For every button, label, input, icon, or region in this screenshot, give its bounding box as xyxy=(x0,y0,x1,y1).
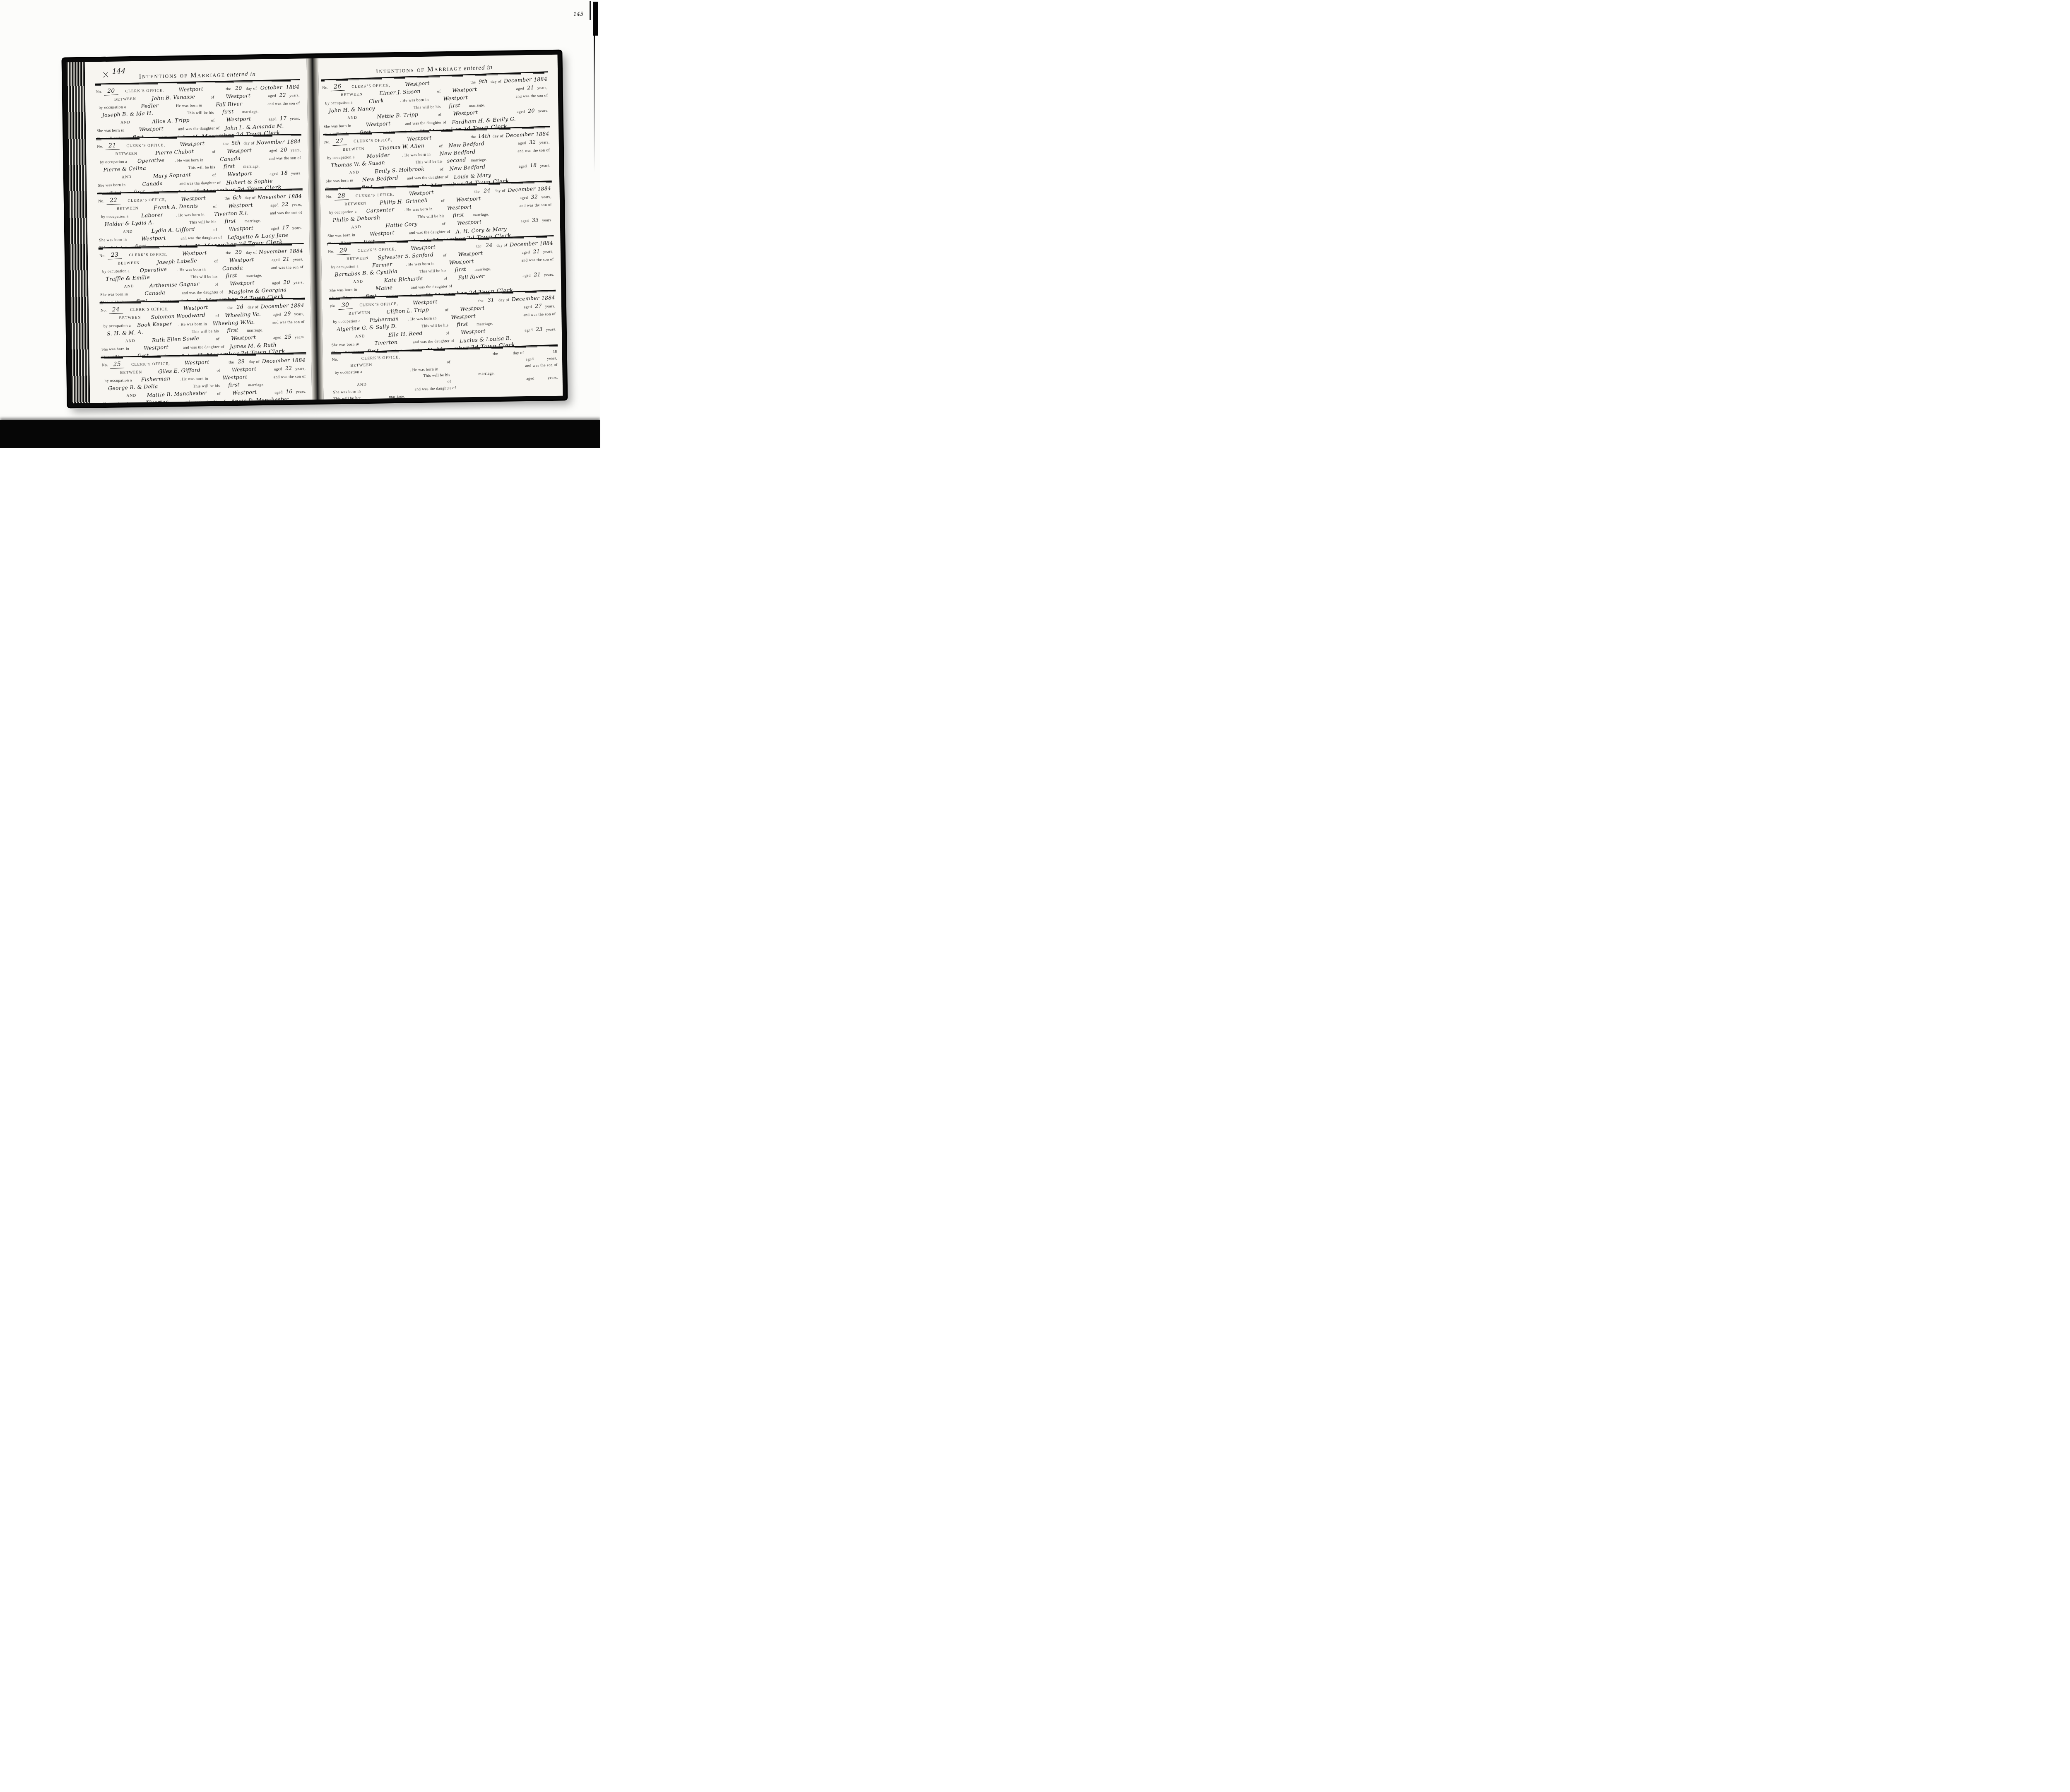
the-label: the xyxy=(224,196,230,202)
bride-name-handwritten xyxy=(369,383,445,386)
record-day-handwritten: 24 xyxy=(484,242,495,249)
scan-edge-mark xyxy=(590,1,591,20)
day-of-label: day of xyxy=(494,188,505,195)
scanned-register-photo: 145 144 Intentions of Marriage entered i… xyxy=(0,0,600,448)
the-label: the xyxy=(474,189,480,195)
aged-label: aged xyxy=(269,116,277,123)
aged-label: aged xyxy=(525,356,534,363)
years-label: years, xyxy=(295,366,306,373)
daughter-of-label: and was the daughter of xyxy=(184,399,226,403)
son-of-label: and was the son of xyxy=(525,362,558,370)
son-of-label: and was the son of xyxy=(267,101,300,108)
entry-number: 28 xyxy=(334,193,349,200)
bride-residence-handwritten: Westport xyxy=(443,109,487,118)
groom-residence-handwritten xyxy=(453,361,496,363)
of-label: of xyxy=(437,89,441,95)
groom-age-handwritten: 32 xyxy=(530,193,539,200)
page-title-italic: entered in xyxy=(464,64,493,72)
son-of-label: and was the son of xyxy=(269,155,301,162)
groom-residence-handwritten: Westport xyxy=(222,365,266,373)
entry-number: 21 xyxy=(105,142,120,150)
no-label: No. xyxy=(330,303,337,310)
entry-number: 29 xyxy=(336,247,351,255)
daughter-of-label: and was the daughter of xyxy=(182,289,223,297)
the-label: the xyxy=(227,305,233,312)
of-label: of xyxy=(211,94,214,101)
aged-label: aged xyxy=(524,304,532,311)
groom-age-handwritten: 22 xyxy=(280,201,290,208)
groom-residence-handwritten: Westport xyxy=(217,147,261,155)
his-marriage-ordinal-handwritten: first xyxy=(221,327,245,334)
years-label: years, xyxy=(537,85,548,92)
between-label: BETWEEN xyxy=(347,255,369,263)
aged-label: aged xyxy=(520,195,528,202)
bride-age-handwritten: 33 xyxy=(531,217,540,224)
she-was-born-label: She was born in xyxy=(98,182,125,189)
bride-birthplace-handwritten: Canada xyxy=(128,179,178,188)
daughter-of-label: and was the daughter of xyxy=(183,344,224,352)
record-day-handwritten: 9th xyxy=(478,78,489,85)
marriage-record-entry: No. 27 CLERK’S OFFICE, Westport the 14th… xyxy=(323,129,552,189)
record-month-handwritten: November xyxy=(256,138,285,146)
bride-birthplace-handwritten: Westport xyxy=(126,125,176,133)
between-label: BETWEEN xyxy=(120,369,142,376)
day-of-label: day of xyxy=(248,304,259,311)
of-label: of xyxy=(217,368,220,374)
the-label: the xyxy=(229,360,234,366)
aged-label: aged xyxy=(518,140,526,147)
bride-residence-handwritten: Westport xyxy=(223,388,267,397)
years-label: years, xyxy=(539,140,549,147)
aged-label: aged xyxy=(274,390,283,396)
groom-parents-handwritten xyxy=(333,377,421,381)
between-label: BETWEEN xyxy=(118,260,140,267)
record-place-handwritten: Westport xyxy=(167,140,217,148)
record-day-handwritten: 20 xyxy=(233,85,244,92)
marriage-record-entry: No. 26 CLERK’S OFFICE, Westport the 9th … xyxy=(321,75,550,134)
groom-residence-handwritten: Westport xyxy=(450,304,494,313)
between-label: BETWEEN xyxy=(116,151,137,158)
clerks-office-label: CLERK’S OFFICE, xyxy=(131,361,170,369)
she-was-born-label: She was born in xyxy=(327,232,355,240)
aged-label: aged xyxy=(526,376,534,383)
day-of-label: day of xyxy=(246,250,257,256)
no-label: No. xyxy=(101,308,107,314)
record-place-handwritten: Westport xyxy=(170,249,220,258)
years-label: years, xyxy=(292,202,302,209)
record-month-handwritten: December xyxy=(503,76,532,84)
bride-age-handwritten: 18 xyxy=(280,170,289,177)
she-was-born-label: She was born in xyxy=(99,237,127,244)
occupation-label: by occupation a xyxy=(335,369,363,376)
his-marriage-ordinal-handwritten xyxy=(453,375,477,376)
day-of-label: day of xyxy=(491,79,502,86)
groom-residence-handwritten: Wheeling Va. xyxy=(221,311,265,319)
record-month-handwritten: December xyxy=(505,131,534,139)
day-of-label: day of xyxy=(493,133,504,140)
and-label: AND xyxy=(357,382,367,389)
record-year-handwritten: 1884 xyxy=(537,185,551,193)
bride-age-handwritten: 16 xyxy=(284,388,294,395)
marriage-record-entry: No. 20 CLERK’S OFFICE, Westport the 20 d… xyxy=(95,82,301,138)
son-of-label: and was the son of xyxy=(520,202,552,210)
scan-edge-line xyxy=(594,36,595,172)
clerks-office-label: CLERK’S OFFICE, xyxy=(361,354,400,362)
of-label: of xyxy=(439,143,443,150)
day-of-label: day of xyxy=(498,297,510,304)
aged-label: aged xyxy=(273,335,282,342)
occupation-label: by occupation a xyxy=(327,154,355,162)
record-year-handwritten: 1884 xyxy=(288,193,302,200)
entry-number: 22 xyxy=(106,197,121,205)
marriage-record-entry: No. 24 CLERK’S OFFICE, Westport the 2d d… xyxy=(100,301,306,357)
record-month-handwritten: November xyxy=(259,248,287,255)
the-label: the xyxy=(493,351,498,358)
of-label: of xyxy=(440,167,443,173)
of-label: of xyxy=(448,379,451,385)
groom-age-handwritten: 32 xyxy=(528,139,537,146)
years-label: years, xyxy=(291,147,301,154)
bride-age-handwritten: 18 xyxy=(529,162,538,169)
page-title: Intentions of Marriage xyxy=(139,70,225,80)
son-of-label: and was the son of xyxy=(515,93,548,101)
record-day-handwritten: 20 xyxy=(233,249,244,256)
daughter-of-label: and was the daughter of xyxy=(178,125,219,133)
years-label: years, xyxy=(543,249,554,256)
record-place-handwritten: Westport xyxy=(171,303,221,312)
her-marriage-label: marriage. xyxy=(389,394,405,400)
and-label: AND xyxy=(125,338,135,345)
aged-label: aged xyxy=(272,280,280,287)
bride-age-handwritten: 23 xyxy=(534,326,544,333)
page-title: Intentions of Marriage xyxy=(375,64,462,75)
day-of-label: day of xyxy=(513,350,524,357)
his-marriage-ordinal-handwritten: first xyxy=(218,217,243,225)
groom-age-handwritten: 21 xyxy=(526,84,535,91)
day-of-label: day of xyxy=(249,359,260,366)
occupation-label: by occupation a xyxy=(102,268,130,275)
left-entries-list: No. 20 CLERK’S OFFICE, Westport the 20 d… xyxy=(95,82,307,403)
she-was-born-label: She was born in xyxy=(330,287,357,294)
record-month-handwritten: November xyxy=(258,193,286,201)
bride-residence-handwritten: Westport xyxy=(217,115,260,123)
of-label: of xyxy=(211,118,215,125)
between-label: BETWEEN xyxy=(344,201,367,208)
marriage-record-entry: No. 25 CLERK’S OFFICE, Westport the 29 d… xyxy=(101,356,308,403)
record-place-handwritten: Westport xyxy=(168,194,219,203)
groom-age-handwritten: 22 xyxy=(278,92,288,99)
right-entries-list: No. 26 CLERK’S OFFICE, Westport the 9th … xyxy=(321,75,560,400)
son-of-label: and was the son of xyxy=(523,311,556,319)
son-of-label: and was the son of xyxy=(270,210,302,217)
bride-residence-handwritten: Westport xyxy=(220,279,264,287)
marriage-record-entry: No. 30 CLERK’S OFFICE, Westport the 31 d… xyxy=(329,293,558,353)
years-label: years, xyxy=(294,311,304,318)
of-label: of xyxy=(212,149,216,156)
his-marriage-ordinal-handwritten: first xyxy=(450,320,475,328)
she-was-born-label: She was born in xyxy=(103,401,130,403)
of-label: of xyxy=(445,307,449,314)
record-month-handwritten: October xyxy=(259,84,284,91)
groom-name-handwritten xyxy=(374,363,445,366)
and-label: AND xyxy=(126,393,136,400)
no-label: No. xyxy=(328,249,335,255)
aged-label: aged xyxy=(270,202,279,209)
and-label: AND xyxy=(355,334,365,341)
groom-age-handwritten: 21 xyxy=(532,248,542,255)
years-label: years. xyxy=(544,272,554,279)
groom-age-handwritten: 29 xyxy=(283,310,292,317)
this-will-be-his-label: This will be his xyxy=(423,372,450,380)
record-month-handwritten: December xyxy=(511,295,539,303)
marriage-record-entry: No. CLERK’S OFFICE, the day of 18 BETWEE… xyxy=(331,348,559,400)
groom-age-handwritten: 21 xyxy=(282,255,291,263)
entry-number: 23 xyxy=(108,252,122,259)
of-label: of xyxy=(443,253,447,259)
bride-birthplace-handwritten: Canada xyxy=(130,289,180,297)
marriage-record-entry: No. 22 CLERK’S OFFICE, Westport the 6th … xyxy=(97,192,304,248)
aged-label: aged xyxy=(272,257,280,264)
bride-residence-handwritten: Westport xyxy=(218,170,262,178)
her-marriage-ordinal-handwritten xyxy=(363,398,387,399)
occupation-handwritten xyxy=(364,371,408,373)
record-month-handwritten: December xyxy=(262,357,290,365)
groom-residence-handwritten: Westport xyxy=(219,201,262,210)
page-left-144: 144 Intentions of Marriage entered in No… xyxy=(85,58,312,403)
and-label: AND xyxy=(124,284,134,290)
years-label: years, xyxy=(545,303,555,311)
aged-label: aged xyxy=(516,86,524,92)
record-year-handwritten: 1884 xyxy=(291,302,305,309)
and-label: AND xyxy=(122,174,132,181)
record-month-handwritten xyxy=(526,353,551,354)
groom-age-handwritten: 22 xyxy=(284,365,294,372)
his-marriage-ordinal-handwritten: first xyxy=(217,163,241,170)
record-year-handwritten: 1884 xyxy=(541,294,555,302)
marriage-record-entry: No. 29 CLERK’S OFFICE, Westport the 24 d… xyxy=(327,238,556,298)
page-number-right: 145 xyxy=(573,11,584,17)
bride-residence-handwritten: Westport xyxy=(447,218,491,227)
between-label: BETWEEN xyxy=(350,362,373,370)
she-was-born-label: She was born in xyxy=(331,342,359,349)
bride-residence-handwritten: Westport xyxy=(219,224,263,233)
entry-number: 27 xyxy=(332,138,347,146)
occupation-label: by occupation a xyxy=(103,323,131,330)
aged-label: aged xyxy=(522,273,531,279)
record-day-handwritten: 29 xyxy=(236,358,247,365)
bride-birthplace-handwritten: Westport xyxy=(131,343,181,352)
she-was-born-label: She was born in xyxy=(96,128,124,135)
record-year-handwritten: 1884 xyxy=(287,138,301,145)
page-right-145: Intentions of Marriage entered in No. 26… xyxy=(318,55,563,400)
she-was-born-label: She was born in xyxy=(323,123,351,130)
and-label: AND xyxy=(351,224,361,231)
his-marriage-ordinal-handwritten: first xyxy=(446,211,471,219)
the-label: the xyxy=(223,141,229,148)
no-label: No. xyxy=(99,253,106,260)
his-marriage-ordinal-handwritten: first xyxy=(219,272,244,279)
son-of-label: and was the son of xyxy=(274,373,306,381)
groom-residence-handwritten: Westport xyxy=(220,256,264,264)
aged-label: aged xyxy=(269,148,277,154)
heavy-rule xyxy=(333,399,560,400)
years-label: years, xyxy=(289,93,300,99)
record-year-handwritten: 1884 xyxy=(539,240,554,247)
groom-residence-handwritten: Westport xyxy=(216,92,260,100)
occupation-label: by occupation a xyxy=(329,209,357,217)
clerks-office-label: CLERK’S OFFICE, xyxy=(125,88,164,95)
bride-age-handwritten: 21 xyxy=(533,271,542,278)
of-label: of xyxy=(214,282,218,289)
she-was-born-label: She was born in xyxy=(101,346,129,353)
bride-age-handwritten: 17 xyxy=(279,115,288,122)
clerks-office-label: CLERK’S OFFICE, xyxy=(126,142,165,150)
day-of-label: day of xyxy=(246,86,257,92)
bride-residence-handwritten: Fall River xyxy=(449,272,493,282)
entry-number: 20 xyxy=(104,88,118,95)
no-label: No. xyxy=(326,194,333,201)
day-of-label: day of xyxy=(245,195,256,202)
record-place-handwritten: Westport xyxy=(166,85,216,94)
daughter-of-label: and was the daughter of xyxy=(181,235,222,242)
marriage-record-entry: No. 21 CLERK’S OFFICE, Westport the 5th … xyxy=(96,137,303,193)
aged-label: aged xyxy=(273,312,281,318)
groom-age-handwritten xyxy=(536,360,545,360)
his-marriage-label: marriage. xyxy=(478,371,495,378)
daughter-of-label: and was the daughter of xyxy=(179,180,221,188)
no-label: No. xyxy=(322,85,329,92)
occupation-label: by occupation a xyxy=(100,159,127,166)
record-place-handwritten xyxy=(402,356,452,358)
bride-age-handwritten: 17 xyxy=(281,224,291,231)
of-label: of xyxy=(438,112,441,119)
entry-number: 30 xyxy=(338,302,353,310)
clerks-office-label: CLERK’S OFFICE, xyxy=(128,197,166,205)
aged-label: aged xyxy=(268,93,276,100)
no-label: No. xyxy=(324,140,331,146)
occupation-label: by occupation a xyxy=(105,378,132,385)
the-label: the xyxy=(470,79,476,86)
his-marriage-ordinal-handwritten: first xyxy=(216,108,241,116)
of-label: of xyxy=(444,276,448,282)
his-marriage-ordinal-handwritten: second xyxy=(445,157,469,164)
and-label: AND xyxy=(347,115,357,122)
bride-birthplace-handwritten xyxy=(363,390,413,392)
record-month-handwritten: December xyxy=(509,240,537,248)
aged-label: aged xyxy=(270,171,278,178)
of-label: of xyxy=(214,227,217,234)
between-label: BETWEEN xyxy=(349,310,371,318)
between-label: BETWEEN xyxy=(341,92,363,99)
of-label: of xyxy=(216,337,219,343)
years-label: years, xyxy=(547,356,557,363)
bride-residence-handwritten: Westport xyxy=(221,334,265,342)
of-label: of xyxy=(442,221,445,228)
record-month-handwritten: December xyxy=(508,185,536,194)
the-label: the xyxy=(471,134,476,141)
no-label: No. xyxy=(102,362,108,369)
between-label: BETWEEN xyxy=(342,146,365,154)
groom-age-handwritten: 27 xyxy=(534,303,543,310)
son-of-label: and was the son of xyxy=(517,147,550,155)
bride-residence-handwritten xyxy=(453,381,497,383)
groom-age-handwritten: 20 xyxy=(279,146,289,153)
no-label: No. xyxy=(96,89,102,96)
occupation-label: by occupation a xyxy=(333,318,361,325)
scan-bottom-band xyxy=(0,420,600,448)
groom-residence-handwritten: Westport xyxy=(443,85,486,94)
entry-number: 25 xyxy=(110,361,125,369)
record-place-handwritten: Westport xyxy=(172,358,222,367)
of-label: of xyxy=(212,173,216,179)
record-day-handwritten: 31 xyxy=(486,296,497,303)
son-of-label: and was the son of xyxy=(272,319,305,326)
his-marriage-ordinal-handwritten: first xyxy=(222,381,246,389)
entry-number: 24 xyxy=(109,306,123,314)
aged-label: aged xyxy=(522,250,530,256)
years-label: years. xyxy=(548,375,558,382)
clerks-office-label: CLERK’S OFFICE, xyxy=(130,306,169,314)
son-of-label: and was the son of xyxy=(271,265,303,272)
bride-age-handwritten: 20 xyxy=(282,279,291,286)
record-year-handwritten: 1884 xyxy=(535,130,549,138)
record-day-handwritten: 14th xyxy=(478,132,491,140)
record-year-handwritten: 1884 xyxy=(291,357,306,364)
of-label: of xyxy=(445,330,449,337)
record-day-handwritten: 6th xyxy=(232,194,243,201)
of-label: of xyxy=(217,391,221,398)
groom-birthplace-handwritten xyxy=(440,368,490,370)
years-label: years, xyxy=(541,194,551,201)
clerks-office-label: CLERK’S OFFICE, xyxy=(129,252,168,259)
record-day-handwritten: 24 xyxy=(481,187,493,194)
his-marriage-ordinal-handwritten: first xyxy=(443,102,467,110)
entry-number: 26 xyxy=(330,83,345,91)
no-label: No. xyxy=(332,357,339,364)
the-label: the xyxy=(478,298,484,305)
of-label: of xyxy=(447,359,450,366)
town-clerk-signature: John H. Macomber 2d Town Clerk xyxy=(177,402,306,403)
bride-age-handwritten: 25 xyxy=(283,334,293,341)
record-month-handwritten: December xyxy=(260,302,289,310)
the-label: the xyxy=(226,87,231,93)
aged-label: aged xyxy=(274,366,282,373)
occupation-label: by occupation a xyxy=(101,214,128,221)
groom-residence-handwritten: Westport xyxy=(447,195,491,204)
record-day-handwritten xyxy=(500,354,511,355)
record-day-handwritten: 5th xyxy=(231,140,242,147)
between-label: BETWEEN xyxy=(117,205,139,212)
the-label: the xyxy=(226,250,231,257)
and-label: AND xyxy=(353,279,363,286)
scan-edge-mark xyxy=(593,2,598,36)
and-label: AND xyxy=(120,120,130,126)
occupation-label: by occupation a xyxy=(331,263,359,271)
record-year-handwritten: 1884 xyxy=(289,248,303,255)
page-title-italic: entered in xyxy=(227,71,256,78)
occupation-label: by occupation a xyxy=(325,100,353,107)
and-label: AND xyxy=(123,229,133,236)
years-label: years, xyxy=(293,257,303,263)
aged-label: aged xyxy=(271,226,279,232)
she-was-born-label: She was born in xyxy=(325,178,353,185)
no-label: No. xyxy=(97,144,103,150)
day-of-label: day of xyxy=(243,140,255,147)
his-marriage-ordinal-handwritten: first xyxy=(448,266,473,274)
record-year-handwritten: 1884 xyxy=(533,76,547,83)
day-of-label: day of xyxy=(496,243,508,250)
marriage-record-entry: No. 28 CLERK’S OFFICE, Westport the 24 d… xyxy=(325,184,554,243)
